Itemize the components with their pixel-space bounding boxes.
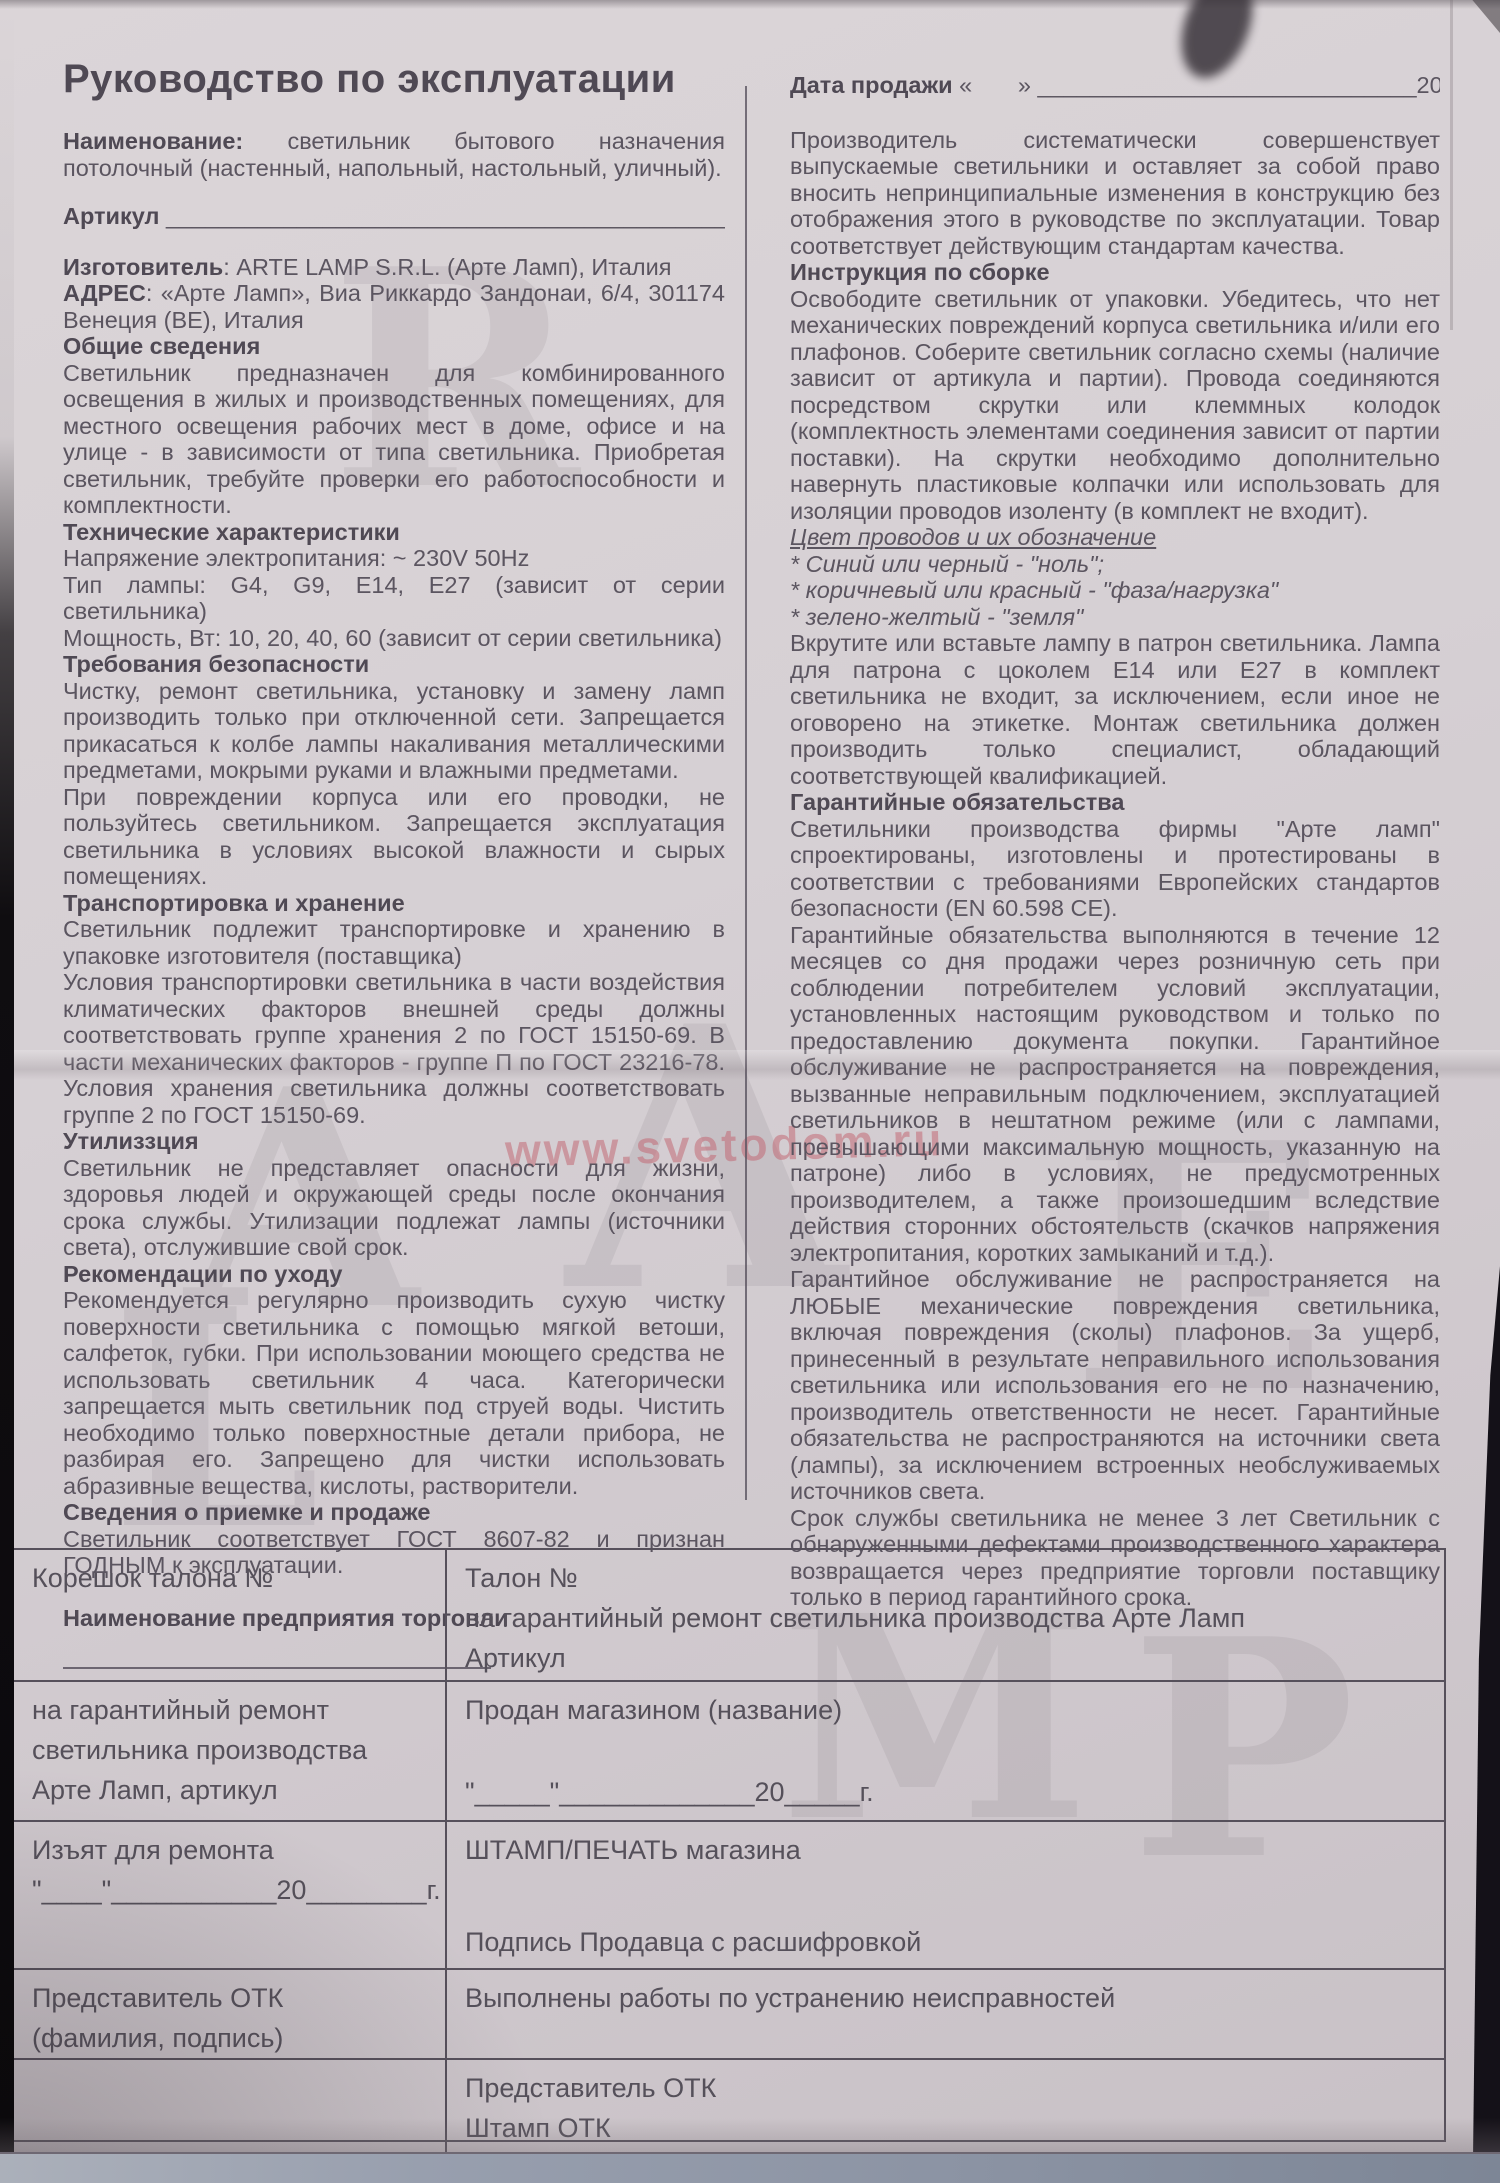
photo-edge-left xyxy=(0,0,14,2183)
utilizatsiya-text: Светильник не представляет опасности для… xyxy=(63,1155,725,1261)
left-column-blocks: Наименование: светильник бытового назнач… xyxy=(63,128,725,1669)
transportirovka-text-2: Условия транспортировки светильника в ча… xyxy=(63,969,725,1128)
section-trebovaniya-bezopasnosti: Требования безопасности xyxy=(63,651,725,678)
section-instruktsiya-po-sborke: Инструкция по сборке xyxy=(790,259,1440,286)
napryazhenie-line: Напряжение электропитания: ~ 230V 50Hz xyxy=(63,545,725,572)
section-obshchie-svedeniya: Общие сведения xyxy=(63,333,725,360)
photo-corner-top-right xyxy=(1454,0,1500,60)
tip-lampy-line: Тип лампы: G4, G9, E14, E27 (зависит от … xyxy=(63,572,725,625)
wire-color-ground: * зелено-желтый - "земля" xyxy=(790,604,1440,631)
left-column: Руководство по эксплуатации Наименование… xyxy=(63,56,725,1669)
garantiya-text-3: Гарантийное обслуживание не распространя… xyxy=(790,1266,1440,1505)
section-tekhnicheskie-kharakteristiki: Технические характеристики xyxy=(63,519,725,546)
coupon-cell-text: Подпись Продавца с расшифровкой xyxy=(465,1922,1428,1962)
photo-edge-right xyxy=(1456,0,1500,2183)
scanned-manual-photo: RААЕLМР www.svetodom.ru Руководство по э… xyxy=(0,0,1500,2183)
wire-color-null: * Синий или черный - "ноль"; xyxy=(790,551,1440,578)
data-prodazhi-line: Дата продажи « » _______________________… xyxy=(790,72,1440,99)
section-garantiynye-obyazatelstva: Гарантийные обязательства xyxy=(790,789,1440,816)
paper-crease-vertical xyxy=(1450,0,1453,330)
wire-colors-heading: Цвет проводов и их обозначение xyxy=(790,524,1440,551)
coupon-row-header-right-cell: Талон №на гарантийный ремонт светильника… xyxy=(445,1550,1444,1684)
section-svedeniya-o-priemke: Сведения о приемке и продаже xyxy=(63,1499,725,1526)
section-utilizatsiya: Утилиззция xyxy=(63,1128,725,1155)
coupon-cell-text: Корешок талона № xyxy=(32,1558,429,1598)
obshchie-text: Светильник предназначен для комбинирован… xyxy=(63,360,725,519)
section-transportirovka: Транспортировка и хранение xyxy=(63,890,725,917)
naimenovanie-line: Наименование: светильник бытового назнач… xyxy=(63,128,725,181)
garantiya-text-1: Светильники производства фирмы "Арте лам… xyxy=(790,816,1440,922)
right-column: Дата продажи « » _______________________… xyxy=(790,72,1440,1611)
proizvoditel-text: Производитель систематически совершенств… xyxy=(790,127,1440,260)
coupon-cell-text: "_____"_____________20_____г. xyxy=(465,1772,1428,1812)
coupon-cell-text: Продан магазином (название) xyxy=(465,1690,1428,1730)
izgotovitel-line: Изготовитель: ARTE LAMP S.R.L. (Арте Лам… xyxy=(63,254,725,281)
coupon-row-works-right-cell: Выполнены работы по устранению неисправн… xyxy=(445,1970,1444,2064)
coupon-row-stamp-right-cell: ШТАМП/ПЕЧАТЬ магазинаПодпись Продавца с … xyxy=(445,1822,1444,1968)
photo-edge-top xyxy=(0,0,1500,9)
rekomendatsii-text: Рекомендуется регулярно производить суху… xyxy=(63,1287,725,1499)
photo-bottom-bar xyxy=(0,2152,1500,2183)
artikul-line: Артикул ________________________________… xyxy=(63,203,725,230)
coupon-cell-text: ШТАМП/ПЕЧАТЬ магазина xyxy=(465,1830,1428,1870)
transportirovka-text-1: Светильник подлежит транспортировке и хр… xyxy=(63,916,725,969)
wire-color-phase: * коричневый или красный - "фаза/нагрузк… xyxy=(790,577,1440,604)
sborka-text: Освободите светильник от упаковки. Убеди… xyxy=(790,286,1440,525)
coupon-cell-text: Талон №на гарантийный ремонт светильника… xyxy=(465,1558,1428,1678)
coupon-row-header-left-cell: Корешок талона № xyxy=(14,1550,445,1684)
bezopasnost-text-1: Чистку, ремонт светильника, установку и … xyxy=(63,678,725,784)
column-divider-line xyxy=(745,86,747,1500)
adres-line: АДРЕС: «Арте Ламп», Виа Риккардо Зандона… xyxy=(63,280,725,333)
coupon-row-sold-right-cell: Продан магазином (название)"_____"______… xyxy=(445,1682,1444,1820)
bezopasnost-text-2: При повреждении корпуса или его проводки… xyxy=(63,784,725,890)
coupon-cell-text: Выполнены работы по устранению неисправн… xyxy=(465,1978,1428,2018)
photo-bottom-shadow xyxy=(0,2118,1500,2152)
paper-crease xyxy=(0,1050,1500,1080)
right-column-blocks: Дата продажи « » _______________________… xyxy=(790,72,1440,1611)
document-title: Руководство по эксплуатации xyxy=(63,56,725,102)
garantiya-text-2: Гарантийные обязательства выполняются в … xyxy=(790,922,1440,1267)
moshchnost-line: Мощность, Вт: 10, 20, 40, 60 (зависит от… xyxy=(63,625,725,652)
section-rekomendatsii: Рекомендации по уходу xyxy=(63,1261,725,1288)
lampa-text: Вкрутите или вставьте лампу в патрон све… xyxy=(790,630,1440,789)
coupon-row-header: Корешок талона №Талон №на гарантийный ре… xyxy=(14,1550,1444,1680)
